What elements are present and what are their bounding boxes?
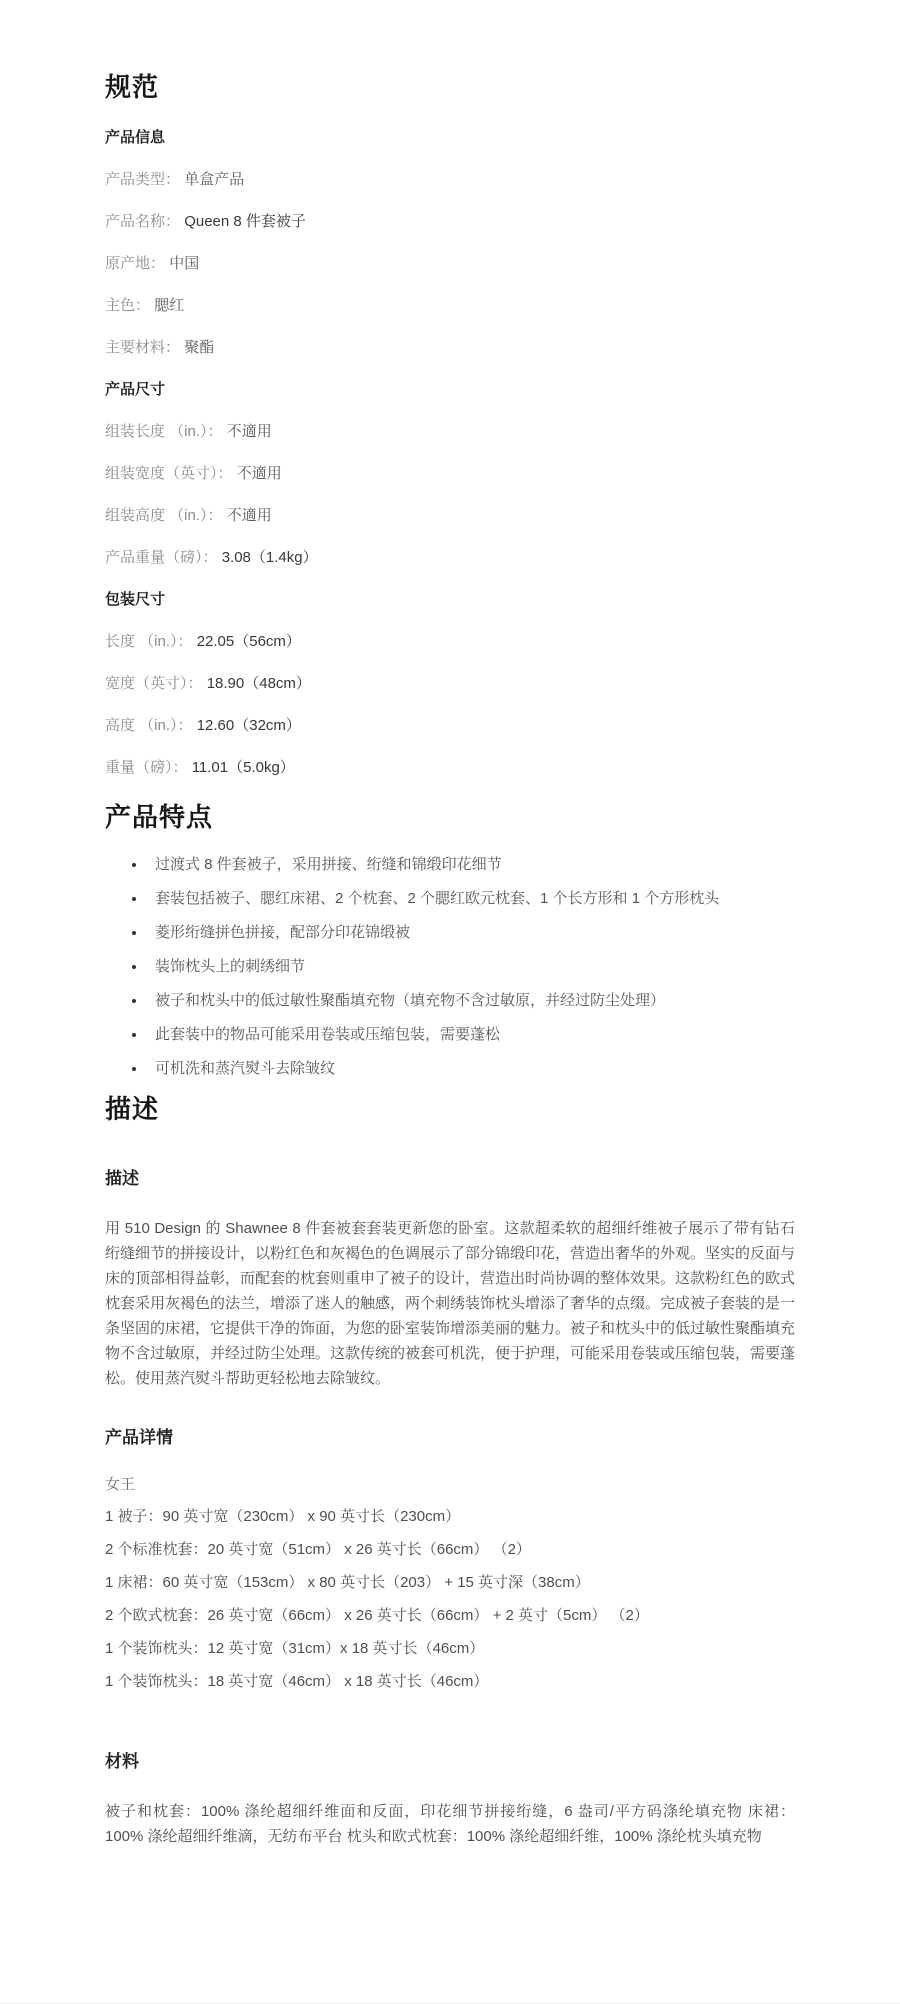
field-label: 重量（磅）： [105, 759, 188, 776]
field-value: 18.90（48cm） [207, 675, 311, 692]
field-product-weight: 产品重量（磅）： 3.08（1.4kg） [105, 548, 795, 568]
field-value: 单盒产品 [184, 171, 244, 188]
field-label: 高度 （in.）： [105, 717, 193, 734]
field-package-height: 高度 （in.）： 12.60（32cm） [105, 716, 795, 736]
field-value: 不適用 [237, 465, 282, 482]
detail-line-bedskirt: 1 床裙：60 英寸宽（153cm） x 80 英寸长（203） + 15 英寸… [105, 1573, 795, 1593]
field-package-weight: 重量（磅）： 11.01（5.0kg） [105, 758, 795, 778]
feature-item: 可机洗和蒸汽熨斗去除皱纹 [147, 1058, 795, 1080]
field-value: 12.60（32cm） [197, 717, 301, 734]
package-dims-heading: 包装尺寸 [105, 590, 795, 610]
description-subheading: 描述 [105, 1168, 795, 1190]
feature-list: 过渡式 8 件套被子，采用拼接、绗缝和锦缎印花细节 套装包括被子、腮红床裙、2 … [105, 854, 795, 1080]
field-value: 11.01（5.0kg） [192, 759, 295, 776]
field-label: 长度 （in.）： [105, 633, 193, 650]
product-spec-document: 规范 产品信息 产品类型： 单盒产品 产品名称： Queen 8 件套被子 原产… [0, 0, 900, 2004]
field-value: 3.08（1.4kg） [222, 549, 318, 566]
field-value: 聚酯 [184, 339, 214, 356]
field-label: 产品名称： [105, 213, 180, 230]
feature-item: 过渡式 8 件套被子，采用拼接、绗缝和锦缎印花细节 [147, 854, 795, 876]
field-package-length: 长度 （in.）： 22.05（56cm） [105, 632, 795, 652]
field-value: 腮红 [154, 297, 184, 314]
field-label: 主要材料： [105, 339, 180, 356]
field-assembled-length: 组装长度 （in.）： 不適用 [105, 422, 795, 442]
detail-line-comforter: 1 被子：90 英寸宽（230cm） x 90 英寸长（230cm） [105, 1507, 795, 1527]
field-label: 主色： [105, 297, 150, 314]
detail-line-deco-pillow-1: 1 个装饰枕头：12 英寸宽（31cm）x 18 英寸长（46cm） [105, 1639, 795, 1659]
detail-line-euro-shams: 2 个欧式枕套：26 英寸宽（66cm） x 26 英寸长（66cm） + 2 … [105, 1606, 795, 1626]
detail-line-standard-shams: 2 个标准枕套：20 英寸宽（51cm） x 26 英寸长（66cm） （2） [105, 1540, 795, 1560]
product-dims-heading: 产品尺寸 [105, 380, 795, 400]
spec-title: 规范 [105, 70, 795, 104]
feature-item: 装饰枕头上的刺绣细节 [147, 956, 795, 978]
field-label: 宽度（英寸）： [105, 675, 203, 692]
field-assembled-height: 组装高度 （in.）： 不適用 [105, 506, 795, 526]
field-product-name: 产品名称： Queen 8 件套被子 [105, 212, 795, 232]
size-label: 女王 [105, 1475, 795, 1495]
field-value: Queen 8 件套被子 [184, 213, 306, 230]
field-origin: 原产地： 中国 [105, 254, 795, 274]
description-paragraph: 用 510 Design 的 Shawnee 8 件套被套套装更新您的卧室。这款… [105, 1216, 795, 1391]
field-value: 不適用 [227, 507, 272, 524]
feature-item: 被子和枕头中的低过敏性聚酯填充物（填充物不含过敏原，并经过防尘处理） [147, 990, 795, 1012]
features-title: 产品特点 [105, 800, 795, 834]
field-main-color: 主色： 腮红 [105, 296, 795, 316]
field-value: 中国 [169, 255, 199, 272]
product-info-heading: 产品信息 [105, 128, 795, 148]
field-label: 组装长度 （in.）： [105, 423, 223, 440]
field-product-type: 产品类型： 单盒产品 [105, 170, 795, 190]
feature-item: 菱形绗缝拼色拼接，配部分印花锦缎被 [147, 922, 795, 944]
description-title: 描述 [105, 1092, 795, 1126]
field-label: 产品重量（磅）： [105, 549, 218, 566]
feature-item: 套装包括被子、腮红床裙、2 个枕套、2 个腮红欧元枕套、1 个长方形和 1 个方… [147, 888, 795, 910]
spacer [105, 1705, 795, 1751]
feature-item: 此套装中的物品可能采用卷装或压缩包装，需要蓬松 [147, 1024, 795, 1046]
materials-heading: 材料 [105, 1751, 795, 1773]
detail-line-deco-pillow-2: 1 个装饰枕头：18 英寸宽（46cm） x 18 英寸长（46cm） [105, 1672, 795, 1692]
field-value: 22.05（56cm） [197, 633, 301, 650]
field-label: 组装高度 （in.）： [105, 507, 223, 524]
field-label: 产品类型： [105, 171, 180, 188]
field-value: 不適用 [227, 423, 272, 440]
field-main-material: 主要材料： 聚酯 [105, 338, 795, 358]
field-label: 原产地： [105, 255, 165, 272]
field-label: 组装宽度（英寸）： [105, 465, 233, 482]
field-package-width: 宽度（英寸）： 18.90（48cm） [105, 674, 795, 694]
product-details-heading: 产品详情 [105, 1427, 795, 1449]
field-assembled-width: 组装宽度（英寸）： 不適用 [105, 464, 795, 484]
materials-paragraph: 被子和枕套：100% 涤纶超细纤维面和反面，印花细节拼接绗缝，6 盎司/平方码涤… [105, 1799, 795, 1849]
